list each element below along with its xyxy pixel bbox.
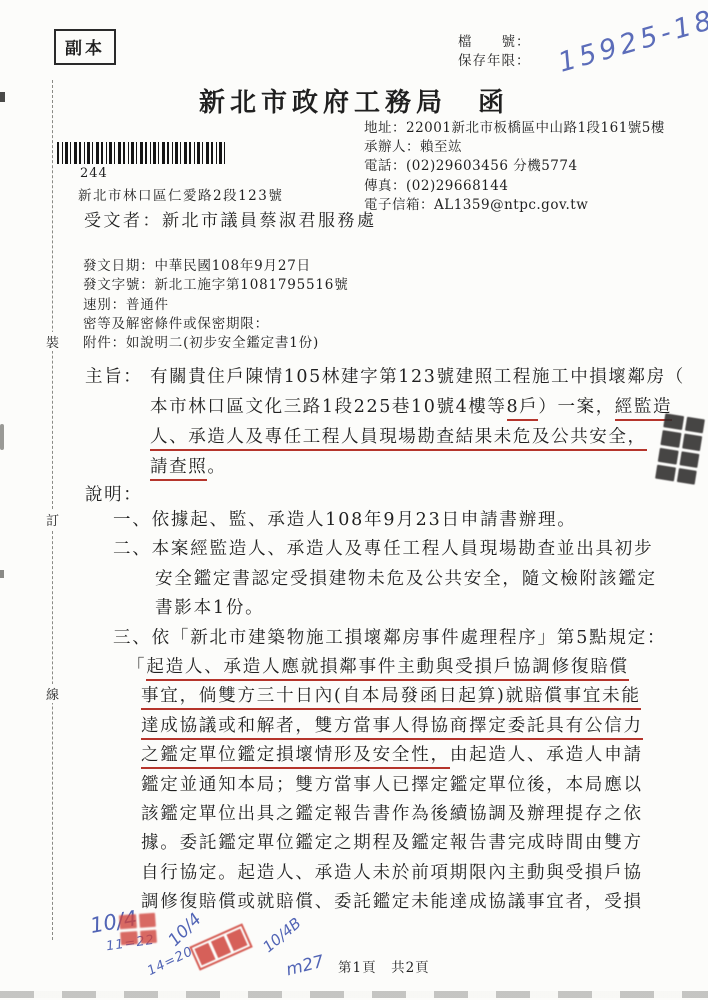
binding-mark-zhuang: 裝 — [45, 332, 60, 351]
file-number-label: 檔 號： — [458, 33, 531, 52]
agency-contact-person: 承辦人：賴至竑 — [364, 138, 665, 157]
security-classification: 密等及解密條件或保密期限： — [83, 315, 349, 334]
recipient-line: 受文者：新北市議員蔡淑君服務處 — [84, 206, 377, 231]
document-title: 新北市政府工務局 函 — [0, 82, 708, 119]
subject-line-3: 人、承造人及專任工程人員現場勘查結果未危及公共安全， — [150, 423, 647, 448]
delivery-speed: 速別：普通件 — [83, 296, 349, 315]
explanation-item-3-line-6: 鑑定並通知本局；雙方當事人已擇定鑑定單位後，本局應以 — [0, 771, 708, 800]
subject-underlined-result: 人、承造人及專任工程人員現場勘查結果未危及公共安全， — [150, 427, 647, 451]
regulation-underlined-2: 事宜，倘雙方三十日內(自本局發函日起算)就賠償事宜未能 — [141, 686, 641, 710]
explanation-item-3-line-9: 自行協定。起造人、承造人未於前項期限內主動與受損戶協 — [0, 859, 708, 888]
scan-artifact-left-edge-2 — [0, 424, 4, 450]
explanation-item-3-line-7: 該鑑定單位出具之鑑定報告書作為後續協調及辦理提存之依 — [0, 800, 708, 829]
scan-artifact-bottom-band — [0, 991, 708, 998]
handwritten-date-3: 10/4B — [259, 914, 304, 956]
subject-line-1: 有關貴住戶陳情105林建字第123號建照工程施工中損壞鄰房（ — [150, 363, 685, 388]
agency-address: 地址：22001新北市板橋區中山路1段161號5樓 — [364, 119, 665, 138]
explanation-item-2-line-3: 書影本1份。 — [0, 594, 708, 623]
red-name-stamp — [117, 911, 159, 948]
mail-barcode — [57, 142, 227, 164]
subject-underlined-please-review: 請查照 — [150, 457, 207, 481]
agency-phone: 電話：(02)29603456 分機5774 — [364, 157, 665, 176]
barcode-number: 244 — [80, 166, 108, 181]
subject-underlined-households: 8戶 — [507, 397, 539, 421]
explanation-item-3-line-4: 達成協議或和解者，雙方當事人得協商擇定委託具有公信力 — [0, 712, 708, 741]
handwritten-filing-number: 15925-18 — [555, 4, 708, 78]
scanned-official-letter-page: 裝 訂 線 副本 檔 號： 保存年限： 15925-18 新北市政府工務局 函 … — [0, 0, 708, 1000]
subject-line-2-text: 本市林口區文化三路1段225巷10號4樓等 — [150, 397, 507, 417]
copy-label: 副本 — [54, 29, 116, 65]
scan-artifact-left-edge-1 — [0, 92, 5, 102]
explanation-item-2-line-2: 安全鑑定書認定受損建物未危及公共安全，隨文檢附該鑑定 — [0, 565, 708, 594]
attachment-note: 附件：如說明二(初步安全鑑定書1份) — [83, 334, 349, 353]
agency-contact-block: 地址：22001新北市板橋區中山路1段161號5樓 承辦人：賴至竑 電話：(02… — [364, 119, 665, 215]
regulation-underlined-3: 達成協議或和解者，雙方當事人得協商擇定委託具有公信力 — [141, 716, 643, 740]
regulation-plain-4: 由起造人、承造人申請 — [450, 745, 643, 765]
explanation-item-3-line-5: 之鑑定單位鑑定損壞情形及安全性，由起造人、承造人申請 — [0, 741, 708, 770]
explanation-item-3-line-3: 事宜，倘雙方三十日內(自本局發函日起算)就賠償事宜未能 — [0, 682, 708, 711]
document-number: 發文字號：新北工施字第1081795516號 — [83, 276, 349, 295]
subject-period: 。 — [207, 457, 226, 477]
regulation-underlined-1: 起造人、承造人應就損鄰事件主動與受損戶協調修復賠償 — [146, 657, 629, 681]
agency-fax: 傳真：(02)29668144 — [364, 177, 665, 196]
handwritten-initials: m27 — [284, 952, 326, 981]
subject-label: 主旨： — [85, 363, 142, 388]
explanation-body: 一、依據起、監、承造人108年9月23日申請書辦理。 二、本案經監造人、承造人及… — [0, 506, 708, 917]
page-number-footer: 第1頁 共2頁 — [338, 956, 430, 976]
subject-line-2-mid: ）一案， — [538, 397, 614, 417]
issue-date: 發文日期：中華民國108年9月27日 — [83, 257, 349, 276]
subject-line-4: 請查照。 — [150, 453, 226, 478]
explanation-item-3-line-1: 三、依「新北市建築物施工損壞鄰房事件處理程序」第5點規定： — [0, 624, 708, 653]
agency-email: 電子信箱：AL1359@ntpc.gov.tw — [364, 196, 665, 215]
file-number-block: 檔 號： 保存年限： — [458, 33, 531, 71]
quote-open: 「 — [127, 657, 146, 677]
explanation-item-2-line-1: 二、本案經監造人、承造人及專任工程人員現場勘查並出具初步 — [0, 535, 708, 564]
scan-artifact-left-edge-3 — [0, 570, 4, 578]
explanation-item-1: 一、依據起、監、承造人108年9月23日申請書辦理。 — [0, 506, 708, 535]
regulation-underlined-4: 之鑑定單位鑑定損壞情形及安全性， — [141, 745, 450, 769]
subject-line-2: 本市林口區文化三路1段225巷10號4樓等8戶）一案，經監造 — [150, 393, 672, 418]
explanation-label: 說明： — [85, 481, 142, 506]
recipient-street-address: 新北市林口區仁愛路2段123號 — [78, 184, 283, 204]
explanation-item-3-line-8: 據。委託鑑定單位鑑定之期程及鑑定報告書完成時間由雙方 — [0, 829, 708, 858]
document-meta-block: 發文日期：中華民國108年9月27日 發文字號：新北工施字第1081795516… — [83, 257, 349, 353]
official-seal-stamp — [653, 411, 707, 487]
handwritten-time-2: 14=20 — [145, 944, 196, 979]
explanation-item-3-line-2: 「起造人、承造人應就損鄰事件主動與受損戶協調修復賠償 — [0, 653, 708, 682]
retention-period-label: 保存年限： — [458, 52, 531, 71]
